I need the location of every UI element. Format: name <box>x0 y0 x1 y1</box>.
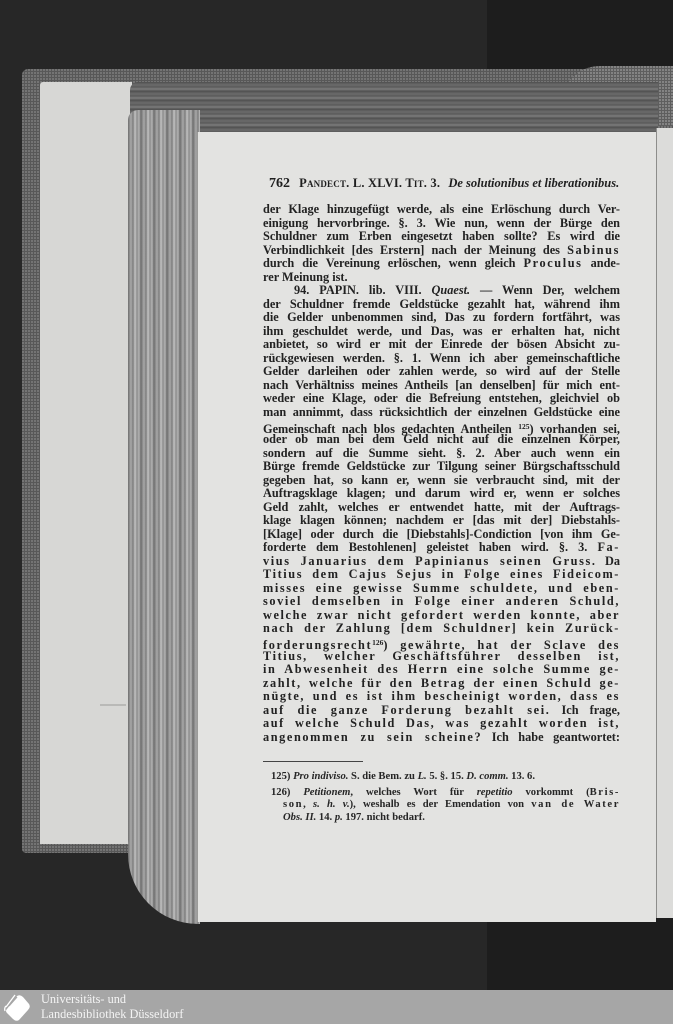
text-segment: welche zwar nicht gefordert werden konnt… <box>263 608 620 622</box>
text-line: nach der Zahlung [dem Schuldner] kein Zu… <box>263 622 620 636</box>
text-segment: 14. <box>316 812 335 823</box>
footnote-separator <box>263 761 363 762</box>
text-segment: vius Januarius dem Papinianus seinen Gru… <box>263 554 597 568</box>
text-segment: zahlt, welche für den Betrag der einen S… <box>263 676 620 690</box>
text-segment: 125) <box>271 771 293 782</box>
footnote-line: 126) Petitionem, welches Wort für repeti… <box>271 787 620 800</box>
text-line: nügte, und es ist ihm bescheinigt worden… <box>263 690 620 704</box>
text-segment: Petitionem <box>303 787 350 798</box>
body-text: der Klage hinzugefügt werde, als eine Er… <box>263 203 620 744</box>
text-segment: auf die ganze Forderung bezahlt sei. <box>263 703 550 717</box>
text-line: Geld zahlt, welches er entwendet hatte, … <box>263 501 620 515</box>
text-line: weder eine Klage, oder die Befreiung ent… <box>263 392 620 406</box>
text-line: auf die ganze Forderung bezahlt sei. Ich… <box>263 704 620 718</box>
text-segment: Titius, welcher Geschäftsführer desselbe… <box>263 649 620 663</box>
text-segment: — Wenn Der, welchem <box>470 283 620 297</box>
text-line: gegeben hat, so kann er, wenn sie verbra… <box>263 474 620 488</box>
text-segment: auf welche Schuld Das, was gezahlt worde… <box>263 716 620 730</box>
text-segment: ), weshalb es der Emendation von <box>350 799 532 810</box>
text-segment: 126 <box>372 638 383 647</box>
text-segment: soviel demselben in Folge einer anderen … <box>263 594 620 608</box>
text-segment: forderte dem Bestohlenen] geleistet habe… <box>263 540 597 554</box>
text-line: rückgewiesen werden. §. 1. Wenn ich aber… <box>263 352 620 366</box>
text-line: Schuldner zum Erben eingesetzt haben sol… <box>263 230 620 244</box>
running-head-subtitle: De solutionibus et liberationibus. <box>448 176 619 190</box>
text-segment: gegeben hat, so kann er, wenn sie verbra… <box>263 473 620 487</box>
page-number: 762 <box>269 176 290 191</box>
text-line: Bürge fremde Geldstücke zur Tilgung sein… <box>263 460 620 474</box>
text-segment: Bürge fremde Geldstücke zur Tilgung sein… <box>263 459 620 473</box>
text-segment: nach Verhältniss meines Antheils [an den… <box>263 378 620 392</box>
text-segment: vorkommt ( <box>513 787 590 798</box>
library-book-icon <box>3 992 33 1022</box>
library-name-line1: Universitäts- und <box>41 992 183 1007</box>
text-segment: Verbindlichkeit [des Erstern] nach der M… <box>263 243 567 257</box>
text-segment: Da <box>597 554 620 568</box>
text-segment: Sabinus <box>567 243 620 257</box>
footnote-line: Obs. II. 14. p. 197. nicht bedarf. <box>271 812 620 825</box>
text-line: der Schuldner fremde Geldstücke gezahlt … <box>263 298 620 312</box>
text-segment: repetitio <box>477 787 513 798</box>
page-stack-bottom-curve <box>128 846 200 924</box>
text-line: rer Meinung ist. <box>263 271 620 285</box>
text-segment: 94. PAPIN. lib. VIII. <box>294 283 432 297</box>
text-line: die Gelder unbenommen sind, Das zu forde… <box>263 311 620 325</box>
text-line: forderungsrecht126) gewährte, hat der Sc… <box>263 636 620 650</box>
text-segment: 125 <box>518 422 529 431</box>
text-segment: [Klage] oder durch die [Diebstahls]-Cond… <box>263 527 620 541</box>
text-segment: der Schuldner fremde Geldstücke gezahlt … <box>263 297 620 311</box>
text-segment: van de Water <box>531 799 620 810</box>
footnote-line: son, s. h. v.), weshalb es der Emendatio… <box>271 799 620 812</box>
text-segment: nügte, und es ist ihm bescheinigt worden… <box>263 689 620 703</box>
text-segment: durch die Vereinung erlöschen, wenn glei… <box>263 256 524 270</box>
text-line: Auftragsklage klagen; und darum wird er,… <box>263 487 620 501</box>
text-line: Titius dem Cajus Sejus in Folge eines Fi… <box>263 568 620 582</box>
text-line: anbietet, so wird er mit der Einrede der… <box>263 338 620 352</box>
text-line: soviel demselben in Folge einer anderen … <box>263 595 620 609</box>
text-line: man annimmt, dass rücksichtlich der einz… <box>263 406 620 420</box>
running-head-title: Pandect. L. XLVI. Tit. 3. <box>299 176 440 190</box>
text-line: Verbindlichkeit [des Erstern] nach der M… <box>263 244 620 258</box>
text-segment: misses eine gewisse Summe schuldete, und… <box>263 581 620 595</box>
text-segment: 5. §. 15. <box>427 771 467 782</box>
text-segment: , <box>303 799 313 810</box>
text-segment: S. die Bem. zu <box>348 771 417 782</box>
text-segment: Fa- <box>597 540 620 554</box>
text-segment: einigung hervorbringe. §. 3. Wie nun, we… <box>263 216 620 230</box>
running-head: 762 Pandect. L. XLVI. Tit. 3. De solutio… <box>269 176 614 194</box>
text-line: sondern auf die Summe sieht. §. 2. Aber … <box>263 447 620 461</box>
text-line: klage klagen können; nachdem er [das mit… <box>263 514 620 528</box>
text-line: auf welche Schuld Das, was gezahlt worde… <box>263 717 620 731</box>
text-segment: 197. nicht bedarf. <box>343 812 425 823</box>
text-segment: rückgewiesen werden. §. 1. Wenn ich aber… <box>263 351 620 365</box>
text-segment: in Abwesenheit des Herrn eine solche Sum… <box>263 662 620 676</box>
text-segment: , welches Wort für <box>350 787 476 798</box>
footnotes: 125) Pro indiviso. S. die Bem. zu L. 5. … <box>271 771 620 824</box>
flyleaf-mark <box>100 704 126 706</box>
text-line: der Klage hinzugefügt werde, als eine Er… <box>263 203 620 217</box>
text-segment: Ich habe geantwortet: <box>482 730 620 744</box>
text-line: Titius, welcher Geschäftsführer desselbe… <box>263 650 620 664</box>
text-line: angenommen zu sein scheine? Ich habe gea… <box>263 731 620 745</box>
library-footer-bar: Universitäts- und Landesbibliothek Düsse… <box>0 990 673 1024</box>
text-segment: man annimmt, dass rücksichtlich der einz… <box>263 405 620 419</box>
text-segment: Gelder darleihen oder zahlen werde, so w… <box>263 364 620 378</box>
text-segment: klage klagen können; nachdem er [das mit… <box>263 513 620 527</box>
text-segment: angenommen zu sein scheine? <box>263 730 482 744</box>
text-segment: rer Meinung ist. <box>263 270 348 284</box>
text-line: 94. PAPIN. lib. VIII. Quaest. — Wenn Der… <box>263 284 620 298</box>
next-page-edge <box>656 128 673 918</box>
text-line: durch die Vereinung erlöschen, wenn glei… <box>263 257 620 271</box>
text-segment: son <box>283 799 303 810</box>
left-flyleaf: IS <box>40 82 132 844</box>
page-stack-left-edges <box>128 110 200 900</box>
library-name-line2: Landesbibliothek Düsseldorf <box>41 1007 183 1022</box>
text-line: vius Januarius dem Papinianus seinen Gru… <box>263 555 620 569</box>
library-name: Universitäts- und Landesbibliothek Düsse… <box>41 992 183 1022</box>
text-line: Gemeinschaft nach blos gedachten Antheil… <box>263 420 620 434</box>
text-line: [Klage] oder durch die [Diebstahls]-Cond… <box>263 528 620 542</box>
text-segment: 126) <box>271 787 303 798</box>
page-stack-top-edges <box>130 82 658 138</box>
text-segment: nach der Zahlung [dem Schuldner] kein Zu… <box>263 621 620 635</box>
text-segment: p. <box>335 812 343 823</box>
text-line: oder ob man bei dem Geld nicht auf die e… <box>263 433 620 447</box>
text-segment: ande- <box>583 256 620 270</box>
text-segment: Ich frage, <box>550 703 620 717</box>
text-line: nach Verhältniss meines Antheils [an den… <box>263 379 620 393</box>
text-segment: Auftragsklage klagen; und darum wird er,… <box>263 486 620 500</box>
text-segment: Quaest. <box>432 283 471 297</box>
text-segment: 13. 6. <box>509 771 535 782</box>
text-line: einigung hervorbringe. §. 3. Wie nun, we… <box>263 217 620 231</box>
text-segment: sondern auf die Summe sieht. §. 2. Aber … <box>263 446 620 460</box>
text-segment: D. comm. <box>466 771 508 782</box>
text-segment: weder eine Klage, oder die Befreiung ent… <box>263 391 620 405</box>
text-line: in Abwesenheit des Herrn eine solche Sum… <box>263 663 620 677</box>
text-segment: ihm geschuldet werde, und Das, was er er… <box>263 324 620 338</box>
text-line: Gelder darleihen oder zahlen werde, so w… <box>263 365 620 379</box>
text-segment: der Klage hinzugefügt werde, als eine Er… <box>263 202 620 216</box>
text-segment: Proculus <box>524 256 583 270</box>
text-segment: s. h. v. <box>313 799 350 810</box>
text-segment: Titius dem Cajus Sejus in Folge eines Fi… <box>263 567 620 581</box>
text-segment: anbietet, so wird er mit der Einrede der… <box>263 337 620 351</box>
text-segment: Obs. II. <box>283 812 316 823</box>
text-segment: Geld zahlt, welches er entwendet hatte, … <box>263 500 620 514</box>
text-line: forderte dem Bestohlenen] geleistet habe… <box>263 541 620 555</box>
text-line: ihm geschuldet werde, und Das, was er er… <box>263 325 620 339</box>
text-segment: L. <box>418 771 427 782</box>
text-segment: die Gelder unbenommen sind, Das zu forde… <box>263 310 620 324</box>
text-line: welche zwar nicht gefordert werden konnt… <box>263 609 620 623</box>
footnote-line: 125) Pro indiviso. S. die Bem. zu L. 5. … <box>271 771 620 784</box>
text-segment: Bris- <box>590 787 620 798</box>
text-segment: Pro indiviso. <box>293 771 348 782</box>
text-segment: oder ob man bei dem Geld nicht auf die e… <box>263 432 620 446</box>
text-line: zahlt, welche für den Betrag der einen S… <box>263 677 620 691</box>
text-segment: Schuldner zum Erben eingesetzt haben sol… <box>263 229 620 243</box>
text-line: misses eine gewisse Summe schuldete, und… <box>263 582 620 596</box>
